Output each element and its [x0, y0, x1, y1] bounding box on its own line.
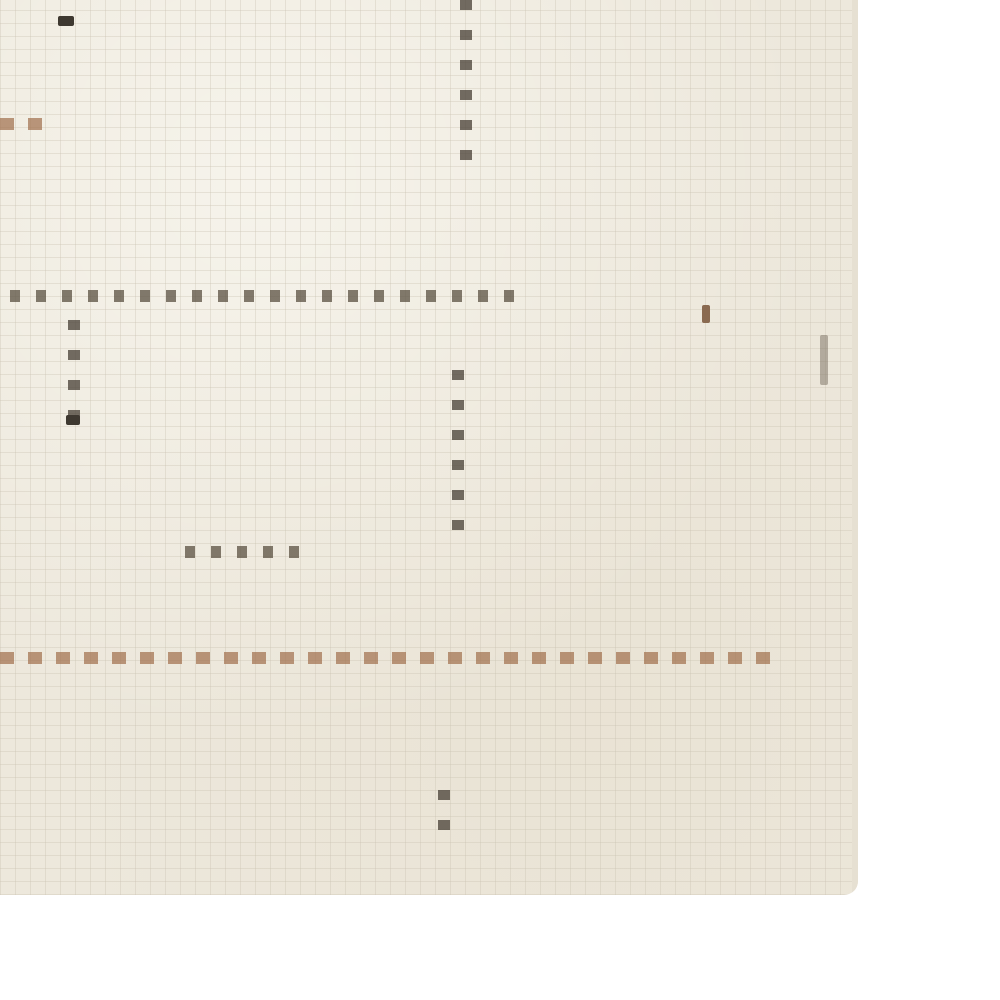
vertical-accent-stitch: [460, 0, 472, 170]
woven-rug: [0, 0, 858, 895]
rust-speck: [702, 305, 710, 323]
horizontal-accent-stitch: [185, 546, 305, 558]
horizontal-accent-stitch: [10, 290, 530, 302]
vertical-accent-stitch: [452, 370, 464, 540]
horizontal-rust-stitch: [0, 652, 770, 664]
dark-speck: [58, 16, 74, 26]
dark-speck: [66, 415, 80, 425]
horizontal-rust-stitch: [0, 118, 50, 130]
vertical-accent-stitch: [68, 320, 80, 430]
vertical-accent-stitch: [438, 790, 450, 850]
rug-side-edge: [852, 0, 858, 895]
dark-speck: [820, 335, 828, 385]
